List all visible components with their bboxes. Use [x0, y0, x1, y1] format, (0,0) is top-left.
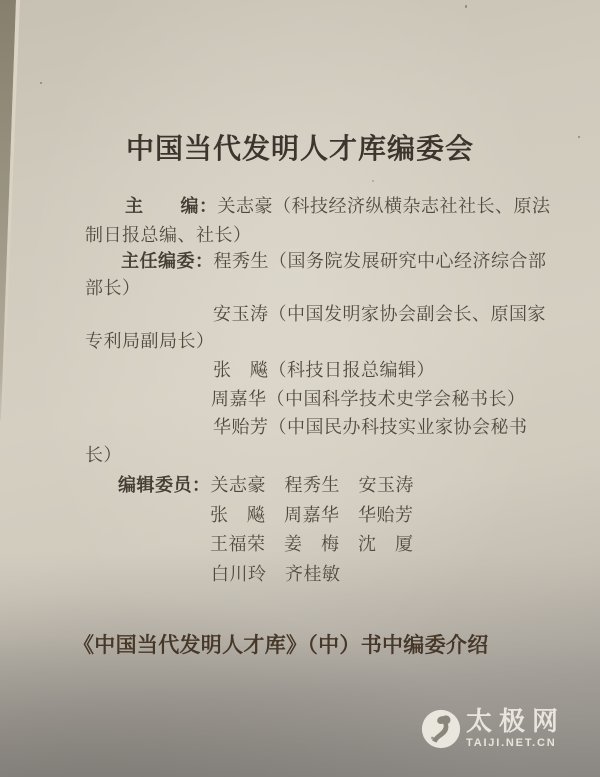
watermark-text: 太极网 TAIJI.NET.CN: [466, 707, 565, 749]
line-text: 关志豪（科技经济纵横杂志社社长、原法: [218, 196, 551, 216]
text-line: 白川玲 齐桂敏: [211, 565, 341, 583]
text-line: 华贻芳（中国民办科技实业家协会秘书: [213, 418, 528, 436]
line-text: 专利局副局长）: [85, 331, 215, 351]
paper-speck: [578, 136, 580, 138]
line-text: 张 飚（科技日报总编辑）: [213, 360, 435, 380]
line-text: 周嘉华（中国科学技术史学会秘书长）: [211, 389, 526, 409]
line-text: 安玉涛（中国发明家协会副会长、原国家: [213, 304, 546, 324]
taiji-logo-icon: [421, 709, 461, 749]
book-page-photo: 中国当代发明人才库编委会 主 编：关志豪（科技经济纵横杂志社社长、原法 制日报总…: [0, 0, 600, 777]
photo-caption: 《中国当代发明人才库》（中）书中编委介绍: [73, 629, 489, 659]
line-text: 制日报总编、社长）: [85, 225, 252, 245]
line-text: 部长）: [85, 278, 141, 298]
text-line: 主任编委：程秀生（国务院发展研究中心经济综合部: [121, 252, 547, 270]
paper-speck: [465, 5, 467, 8]
line-label: 主任编委：: [121, 251, 214, 271]
watermark: 太极网 TAIJI.NET.CN: [421, 707, 565, 749]
page-title: 中国当代发明人才库编委会: [0, 127, 600, 167]
line-text: 程秀生（国务院发展研究中心经济综合部: [214, 251, 547, 271]
text-line: 周嘉华（中国科学技术史学会秘书长）: [211, 390, 526, 408]
line-text: 王福荣 姜 梅 沈 厦: [210, 534, 414, 554]
text-line: 王福荣 姜 梅 沈 厦: [210, 535, 414, 553]
line-text: 华贻芳（中国民办科技实业家协会秘书: [213, 417, 528, 437]
line-text: 关志豪 程秀生 安玉涛: [211, 475, 415, 495]
text-line: 张 飚（科技日报总编辑）: [213, 361, 435, 379]
line-text: 白川玲 齐桂敏: [211, 564, 341, 584]
line-label: 主 编：: [125, 196, 218, 216]
text-line: 安玉涛（中国发明家协会副会长、原国家: [213, 305, 546, 323]
line-text: 长）: [85, 445, 122, 465]
line-text: 张 飚 周嘉华 华贻芳: [210, 505, 414, 525]
text-line: 制日报总编、社长）: [85, 226, 252, 244]
watermark-site-url: TAIJI.NET.CN: [466, 737, 565, 749]
text-line: 部长）: [85, 279, 141, 297]
line-label: 编辑委员：: [118, 475, 211, 495]
text-line: 长）: [85, 446, 122, 464]
text-line: 主 编：关志豪（科技经济纵横杂志社社长、原法: [125, 197, 551, 215]
text-line: 张 飚 周嘉华 华贻芳: [210, 506, 414, 524]
paper-speck: [372, 180, 374, 182]
watermark-site-name: 太极网: [466, 707, 565, 736]
text-line: 编辑委员：关志豪 程秀生 安玉涛: [118, 476, 414, 494]
text-line: 专利局副局长）: [85, 332, 215, 350]
paper-speck: [40, 82, 42, 84]
